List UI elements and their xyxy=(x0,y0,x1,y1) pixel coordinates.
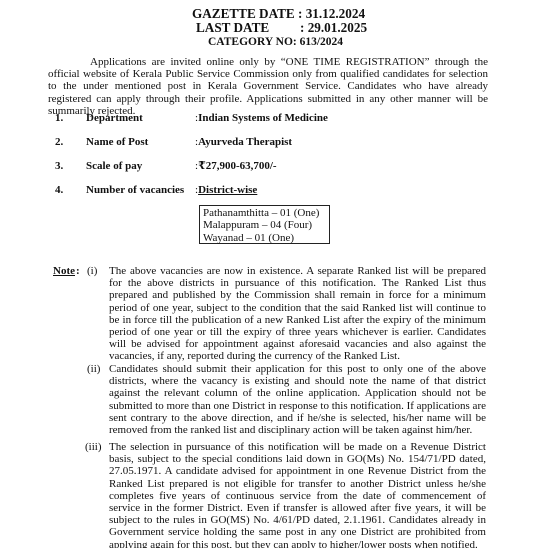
note-item-3: The selection in pursuance of this notif… xyxy=(109,441,486,548)
vacancy-item: Malappuram – 04 (Four) xyxy=(203,219,329,231)
field-label: Number of vacancies xyxy=(86,184,184,196)
field-number: 3. xyxy=(55,160,63,172)
category-number: CATEGORY NO: 613/2024 xyxy=(208,35,343,49)
field-label: Department xyxy=(86,112,143,124)
gazette-date: GAZETTE DATE : 31.12.2024 xyxy=(192,7,365,21)
last-date-value: : 29.01.2025 xyxy=(300,21,367,35)
field-label: Name of Post xyxy=(86,136,148,148)
note-marker: (i) xyxy=(87,265,97,277)
field-number: 2. xyxy=(55,136,63,148)
note-label: Note xyxy=(53,265,75,277)
field-value: :District-wise xyxy=(195,184,257,196)
field-value: :₹27,900-63,700/- xyxy=(195,160,277,172)
field-number: 1. xyxy=(55,112,63,124)
note-marker: (iii) xyxy=(85,441,102,453)
intro-paragraph: Applications are invited online only by … xyxy=(48,56,488,117)
vacancy-item: Pathanamthitta – 01 (One) xyxy=(203,207,329,219)
notification-page: GAZETTE DATE : 31.12.2024 LAST DATE : 29… xyxy=(0,0,550,548)
vacancy-item: Wayanad – 01 (One) xyxy=(203,232,329,244)
field-label: Scale of pay xyxy=(86,160,142,172)
gazette-header: GAZETTE DATE : 31.12.2024 LAST DATE : 29… xyxy=(0,7,550,49)
last-date-label: LAST DATE xyxy=(196,21,269,35)
note-marker: (ii) xyxy=(87,363,100,375)
field-value: :Ayurveda Therapist xyxy=(195,136,292,148)
field-number: 4. xyxy=(55,184,63,196)
note-item-1: The above vacancies are now in existence… xyxy=(109,265,486,363)
vacancy-list-box: Pathanamthitta – 01 (One) Malappuram – 0… xyxy=(199,205,330,244)
note-colon: : xyxy=(76,265,80,277)
note-item-2: Candidates should submit their applicati… xyxy=(109,363,486,436)
field-value: :Indian Systems of Medicine xyxy=(195,112,328,124)
